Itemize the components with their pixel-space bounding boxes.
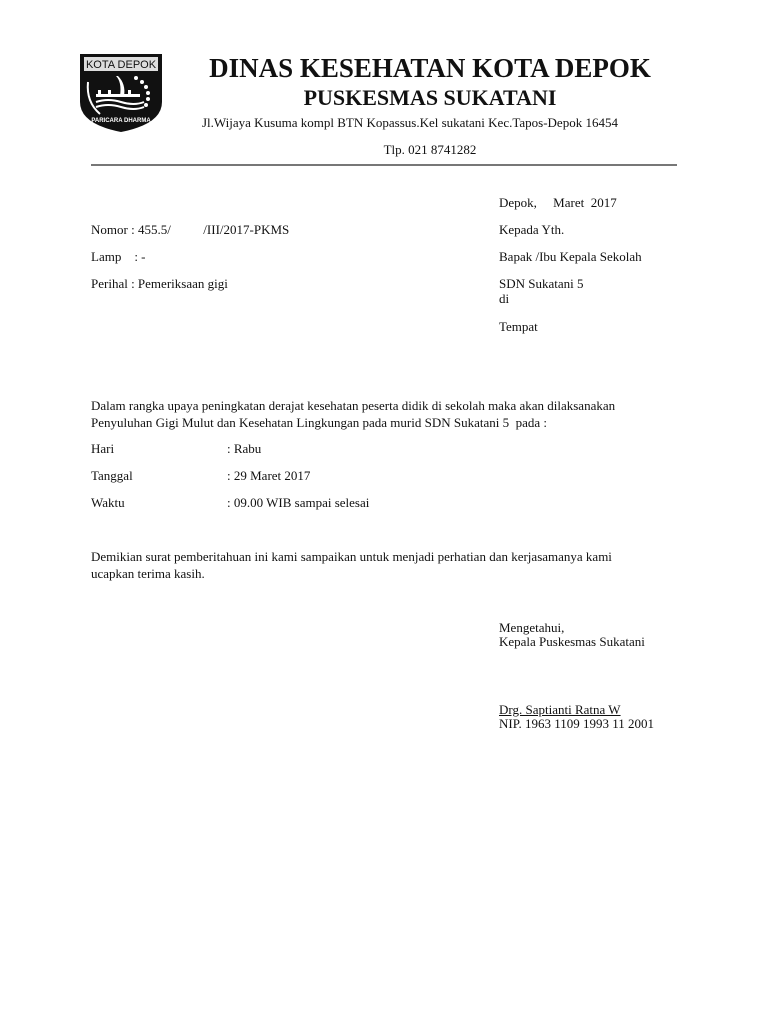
detail-label-day: Hari (91, 441, 114, 456)
detail-label-time: Waktu (91, 495, 125, 510)
signatory-name: Drg. Saptianti Ratna W (499, 702, 621, 717)
detail-value-date: : 29 Maret 2017 (227, 468, 310, 483)
subject: Perihal : Pemeriksaan gigi (91, 276, 228, 291)
header-divider (91, 164, 677, 166)
recipient-line-3: SDN Sukatani 5 (499, 276, 584, 291)
letter-number: Nomor : 455.5/ /III/2017-PKMS (91, 222, 289, 237)
recipient-line-4: di (499, 291, 509, 306)
phone: Tlp. 021 8741282 (0, 142, 768, 158)
agency-title: DINAS KESEHATAN KOTA DEPOK (0, 52, 768, 84)
recipient-line-5: Tempat (499, 319, 538, 334)
signatory-title: Kepala Puskesmas Sukatani (499, 634, 645, 649)
intro-line-1: Dalam rangka upaya peningkatan derajat k… (91, 398, 615, 413)
detail-label-date: Tanggal (91, 468, 133, 483)
recipient-line-2: Bapak /Ibu Kepala Sekolah (499, 249, 642, 264)
address: Jl.Wijaya Kusuma kompl BTN Kopassus.Kel … (202, 115, 618, 131)
place-date: Depok, Maret 2017 (499, 195, 617, 210)
attachment: Lamp : - (91, 249, 146, 264)
signatory-nip: NIP. 1963 1109 1993 11 2001 (499, 716, 654, 731)
unit-title: PUSKESMAS SUKATANI (0, 85, 768, 111)
svg-text:PARICARA DHARMA: PARICARA DHARMA (91, 118, 151, 124)
recipient-line-1: Kepada Yth. (499, 222, 564, 237)
detail-value-day: : Rabu (227, 441, 261, 456)
acknowledged-label: Mengetahui, (499, 620, 564, 635)
closing-line-2: ucapkan terima kasih. (91, 566, 205, 581)
closing-line-1: Demikian surat pemberitahuan ini kami sa… (91, 549, 612, 564)
detail-value-time: : 09.00 WIB sampai selesai (227, 495, 369, 510)
intro-line-2: Penyuluhan Gigi Mulut dan Kesehatan Ling… (91, 415, 547, 430)
